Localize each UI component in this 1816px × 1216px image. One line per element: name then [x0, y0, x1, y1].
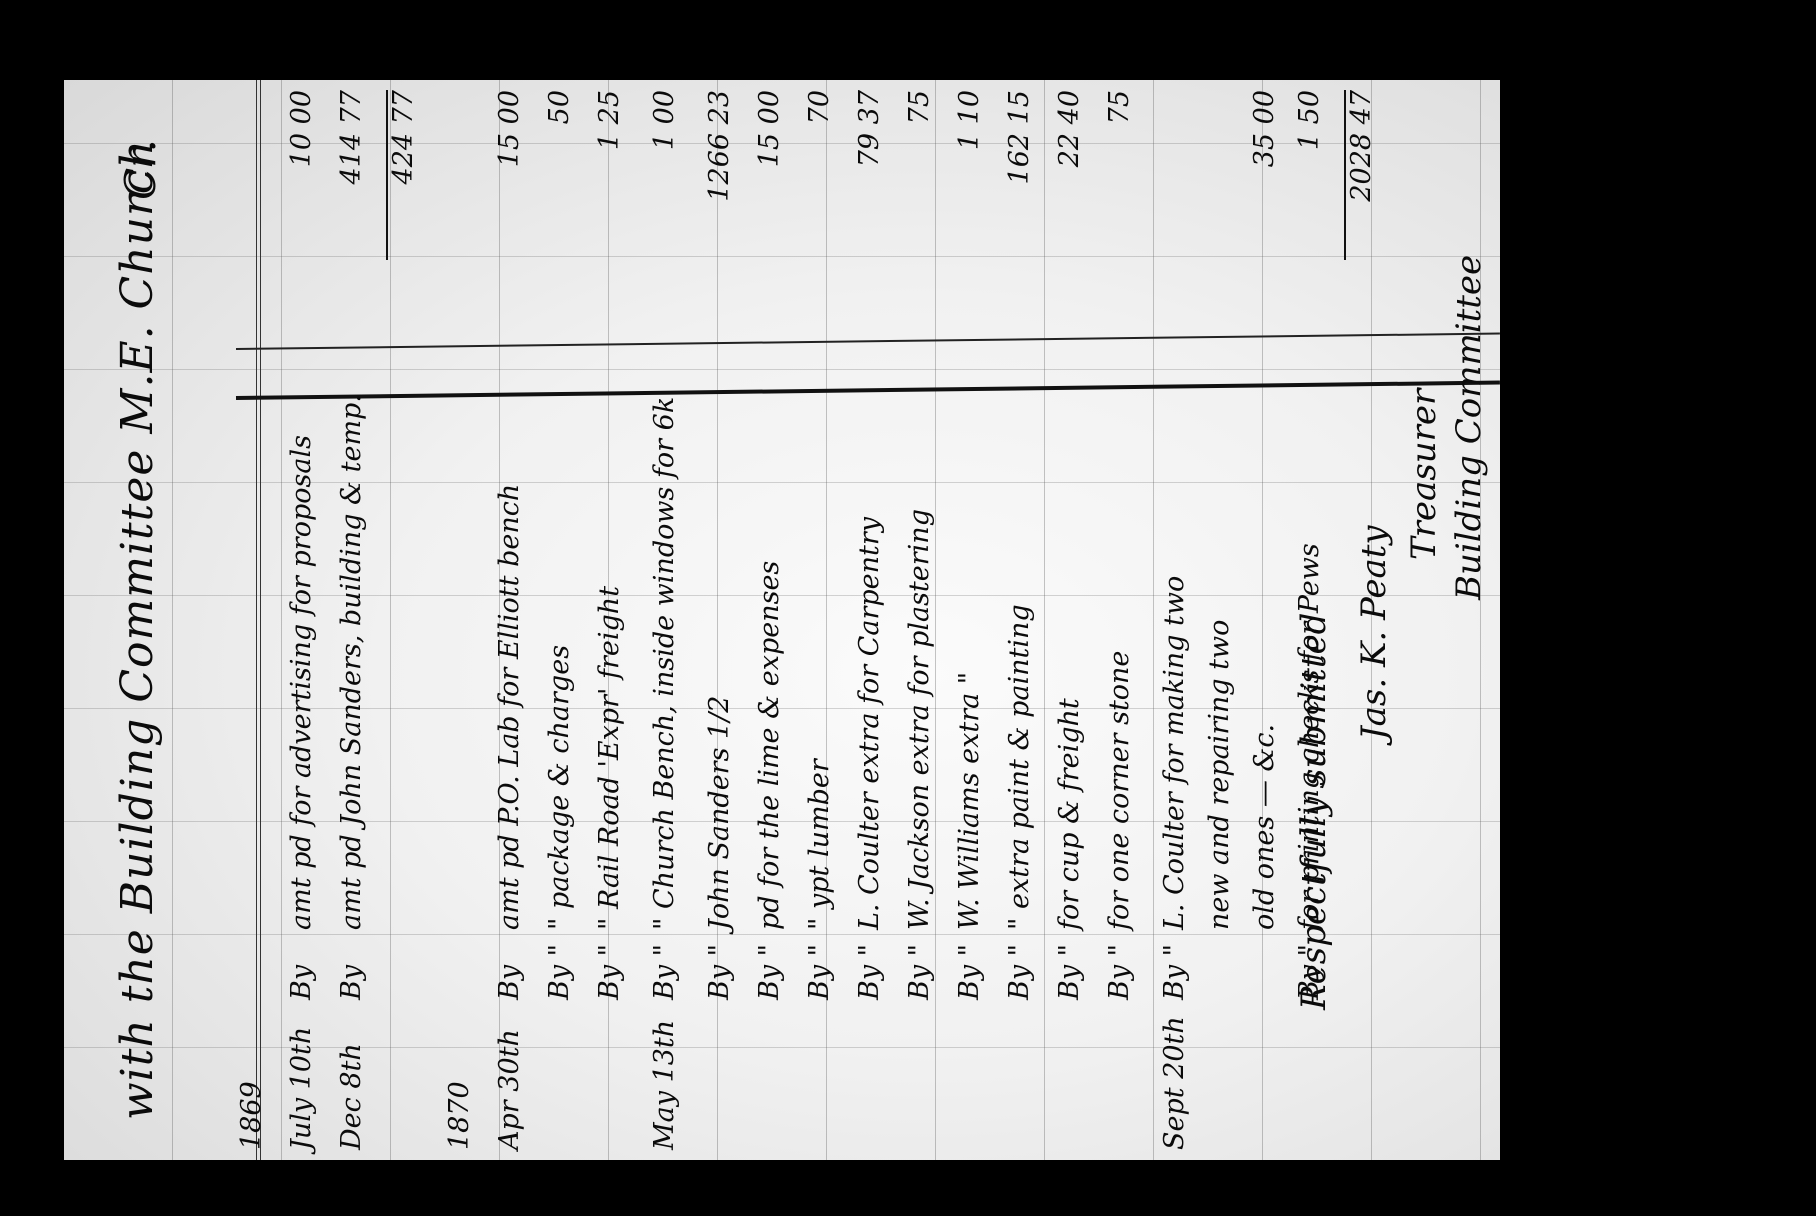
entry-by: By — [286, 965, 317, 1000]
entry-amount: 75 — [904, 90, 935, 260]
entry-amount: 1 50 — [1294, 90, 1325, 260]
entry-desc: amt pd John Sanders, building & temp. — [336, 394, 367, 930]
entry-date: Apr 30th — [494, 1010, 525, 1150]
entry-by: By " — [1159, 944, 1190, 1000]
entry-desc: amt pd for advertising for proposals — [286, 435, 317, 930]
signature-committee: Building Committee — [1449, 255, 1489, 600]
ledger-row: By "L. Coulter extra for Carpentry79 37 — [854, 80, 908, 1160]
signature-title: Treasurer — [1404, 389, 1444, 560]
entry-amount: 1 00 — [649, 90, 680, 260]
entry-date: 1869 — [236, 1010, 267, 1150]
entry-amount: 35 00 — [1249, 90, 1280, 260]
entry-by: By — [336, 965, 367, 1000]
entry-desc: L. Coulter extra for Carpentry — [854, 517, 885, 930]
ledger-row: 1870 — [444, 80, 498, 1160]
entry-amount: 15 00 — [494, 90, 525, 260]
entry-amount: 75 — [1104, 90, 1135, 260]
ledger-title: with the Building Committee M.E. Church — [112, 139, 163, 1120]
ledger-row: By "" ypt lumber70 — [804, 80, 858, 1160]
ledger-row: By "W. Williams extra "1 10 — [954, 80, 1008, 1160]
entry-desc: amt pd P.O. Lab for Elliott bench — [494, 484, 525, 930]
ledger-row: May 13thBy "" Church Bench, inside windo… — [649, 80, 703, 1160]
ledger-row: 1869 — [236, 80, 290, 1160]
entry-by: By " — [1104, 944, 1135, 1000]
entry-amount: 15 00 — [754, 90, 785, 260]
entry-by: By " — [854, 944, 885, 1000]
entry-by: By " — [649, 944, 680, 1000]
ledger-row: 424 77 — [386, 80, 440, 1160]
entry-by: By — [494, 965, 525, 1000]
entry-date: July 10th — [286, 1010, 317, 1150]
entry-by: By " — [544, 944, 575, 1000]
ledger-row: By "" extra paint & painting162 15 — [1004, 80, 1058, 1160]
ledger-row: Apr 30thByamt pd P.O. Lab for Elliott be… — [494, 80, 548, 1160]
entry-desc: " Church Bench, inside windows for 6k — [649, 397, 680, 930]
entry-desc: " Rail Road 'Expr' freight — [594, 586, 625, 930]
entry-by: By " — [804, 944, 835, 1000]
signature: Jas. K. Peaty — [1354, 525, 1394, 740]
entry-date: Sept 20th — [1159, 1010, 1190, 1150]
ledger-row: By "" Rail Road 'Expr' freight1 25 — [594, 80, 648, 1160]
ledger-content: with the Building Committee M.E. Church … — [64, 80, 1500, 1160]
entry-desc: W. Williams extra " — [954, 672, 985, 930]
entry-amount: 424 77 — [386, 90, 419, 260]
credit-mark: Cr. — [116, 139, 165, 200]
entry-amount: 50 — [544, 90, 575, 260]
entry-desc: for one corner stone — [1104, 651, 1135, 930]
entry-by: By " — [704, 944, 735, 1000]
entry-date: Dec 8th — [336, 1010, 367, 1150]
entry-by: By " — [1054, 944, 1085, 1000]
entry-amount: 1 25 — [594, 90, 625, 260]
entry-amount: 162 15 — [1004, 90, 1035, 260]
entry-desc: pd for the lime & expenses — [754, 561, 785, 930]
ledger-row: By "for one corner stone75 — [1104, 80, 1158, 1160]
entry-desc: John Sanders 1/2 — [704, 696, 735, 930]
entry-by: By " — [754, 944, 785, 1000]
entry-desc: " ypt lumber — [804, 759, 835, 930]
entry-desc: L. Coulter for making two — [1159, 576, 1190, 930]
ledger-row: By "pd for the lime & expenses15 00 — [754, 80, 808, 1160]
entry-desc: old ones — &c. — [1249, 724, 1280, 930]
entry-desc: for cup & freight — [1054, 698, 1085, 930]
ledger-row: By "W. Jackson extra for plastering75 — [904, 80, 958, 1160]
entry-by: By " — [1004, 944, 1035, 1000]
closing-line: Respectfully submitted — [1294, 613, 1334, 1010]
ledger-row: Dec 8thByamt pd John Sanders, building &… — [336, 80, 390, 1160]
entry-desc: W. Jackson extra for plastering — [904, 509, 935, 930]
entry-desc: " package & charges — [544, 645, 575, 930]
ledger-row: July 10thByamt pd for advertising for pr… — [286, 80, 340, 1160]
entry-amount: 22 40 — [1054, 90, 1085, 260]
entry-amount: 1266 23 — [704, 90, 735, 260]
ledger-row: By "for cup & freight22 40 — [1054, 80, 1108, 1160]
ledger-row: By "John Sanders 1/21266 23 — [704, 80, 758, 1160]
entry-amount: 2028 47 — [1344, 90, 1377, 260]
entry-by: By " — [594, 944, 625, 1000]
entry-amount: 414 77 — [336, 90, 367, 260]
entry-amount: 79 37 — [854, 90, 885, 260]
entry-desc: " extra paint & painting — [1004, 604, 1035, 930]
ledger-row: By "" package & charges50 — [544, 80, 598, 1160]
entry-amount: 70 — [804, 90, 835, 260]
entry-amount: 1 10 — [954, 90, 985, 260]
entry-amount: 10 00 — [286, 90, 317, 260]
entry-date: May 13th — [649, 1010, 680, 1150]
entry-date: 1870 — [444, 1010, 475, 1150]
entry-by: By " — [954, 944, 985, 1000]
entry-by: By " — [904, 944, 935, 1000]
entry-desc: new and repairing two — [1204, 620, 1235, 930]
